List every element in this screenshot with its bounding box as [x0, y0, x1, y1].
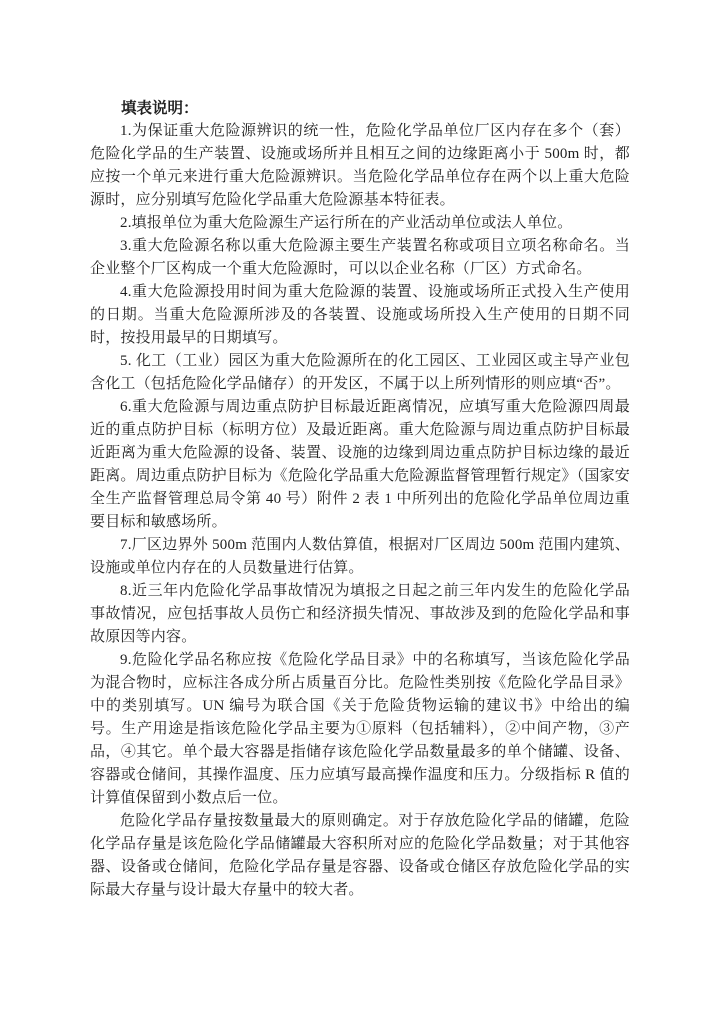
instruction-paragraph-4: 4.重大危险源投用时间为重大危险源的装置、设施或场所正式投入生产使用的日期。当重… — [90, 281, 630, 350]
instruction-paragraph-9: 9.危险化学品名称应按《危险化学品目录》中的名称填写，当该危险化学品为混合物时，… — [90, 649, 630, 810]
instruction-paragraph-10: 危险化学品存量按数量最大的原则确定。对于存放危险化学品的储罐，危险化学品存量是该… — [90, 810, 630, 902]
instruction-paragraph-1: 1.为保证重大危险源辨识的统一性，危险化学品单位厂区内存在多个（套）危险化学品的… — [90, 120, 630, 212]
document-page: 填表说明： 1.为保证重大危险源辨识的统一性，危险化学品单位厂区内存在多个（套）… — [0, 0, 720, 1018]
instruction-paragraph-5: 5. 化工（工业）园区为重大危险源所在的化工园区、工业园区或主导产业包含化工（包… — [90, 350, 630, 396]
form-instructions-heading: 填表说明： — [90, 97, 630, 120]
instruction-paragraph-3: 3.重大危险源名称以重大危险源主要生产装置名称或项目立项名称命名。当企业整个厂区… — [90, 235, 630, 281]
instruction-paragraph-7: 7.厂区边界外 500m 范围内人数估算值，根据对厂区周边 500m 范围内建筑… — [90, 534, 630, 580]
instruction-paragraph-6: 6.重大危险源与周边重点防护目标最近距离情况，应填写重大危险源四周最近的重点防护… — [90, 396, 630, 534]
instruction-paragraph-8: 8.近三年内危险化学品事故情况为填报之日起之前三年内发生的危险化学品事故情况，应… — [90, 580, 630, 649]
instruction-paragraph-2: 2.填报单位为重大危险源生产运行所在的产业活动单位或法人单位。 — [90, 212, 630, 235]
